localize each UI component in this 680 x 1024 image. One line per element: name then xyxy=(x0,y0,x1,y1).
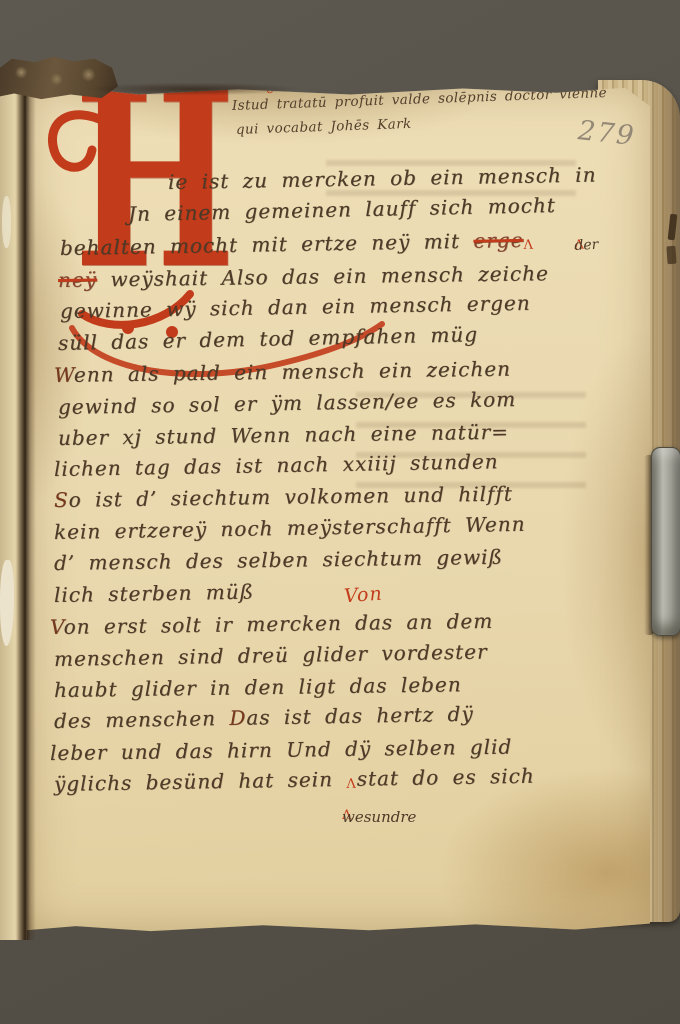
manuscript-photo: ē Istud tratatū profuit valde solēpnis d… xyxy=(0,0,680,1024)
text-segment: ÿglichs besünd hat sein xyxy=(54,767,347,796)
text-segment: o ist d’ siechtum volkomen und hilfft xyxy=(69,482,513,512)
text-line: d’ mensch des selben siechtum gewiß xyxy=(54,545,503,575)
rubricated-capital: D xyxy=(229,706,246,730)
text-line: haubt glider in den ligt das leben xyxy=(54,672,462,702)
page-top-shadow xyxy=(88,80,388,98)
text-segment: on erst solt ir mercken das an dem xyxy=(63,609,493,639)
text-line: des menschen Das ist das hertz dÿ xyxy=(54,702,474,733)
insertion-word: wesundre xyxy=(342,808,416,826)
binding-gutter-shadow xyxy=(16,84,36,940)
page-number: 279 xyxy=(577,115,637,152)
text-segment: des menschen xyxy=(54,706,230,733)
text-line: leber und das hirn Und dÿ selben glid xyxy=(50,735,513,765)
text-line: lich sterben müß xyxy=(54,580,254,607)
text-line: ÿglichs besünd hat sein Λstat do es sich xyxy=(54,764,535,797)
torn-edge-fleck xyxy=(2,196,11,248)
manuscript-page: ē Istud tratatū profuit valde solēpnis d… xyxy=(26,86,650,932)
rubricated-capital: W xyxy=(54,363,74,387)
fore-edge-ink-mark xyxy=(666,246,676,265)
rubricated-capital: S xyxy=(54,488,69,512)
text-segment: weÿshait Also das ein mensch zeiche xyxy=(97,261,549,291)
text-line: Von erst solt ir mercken das an dem xyxy=(50,609,494,639)
text-segment: stat do es sich xyxy=(356,764,534,791)
book-clasp xyxy=(651,447,680,636)
rubric-word: Von xyxy=(343,583,383,608)
struck-word: erge xyxy=(473,228,523,253)
text-line: So ist d’ siechtum volkomen und hilfft xyxy=(54,482,513,512)
text-line: menschen sind dreü glider vordester xyxy=(54,639,488,671)
text-line: kein ertzereÿ noch meÿsterschafft Wenn xyxy=(54,512,526,544)
insertion-caret: Λ xyxy=(523,238,534,253)
gloss-word: der xyxy=(574,237,599,254)
insertion-caret: Λ xyxy=(346,777,357,792)
text-segment: as ist das hertz dÿ xyxy=(246,702,474,730)
rubricated-capital: V xyxy=(50,615,64,639)
struck-word: neÿ xyxy=(58,267,97,292)
